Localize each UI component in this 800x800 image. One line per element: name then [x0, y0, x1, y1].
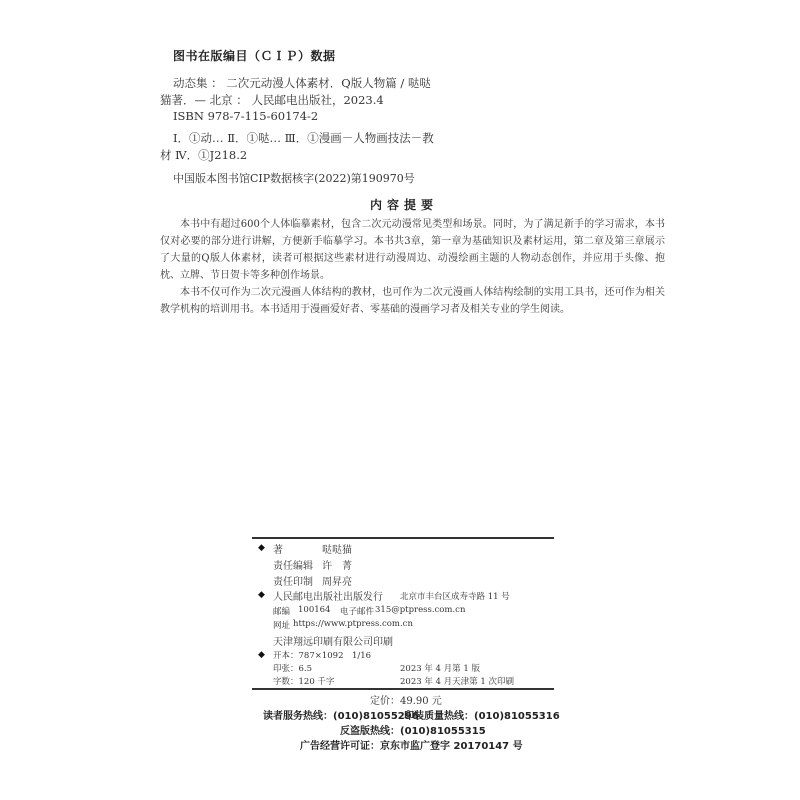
publisher: 人民邮电出版社出版发行: [273, 588, 383, 603]
postcode: 100164: [298, 605, 330, 615]
quality-hotline: 印装质量热线：(010)81055316: [404, 707, 560, 722]
book-format: 开本：787×1092 1/16: [273, 649, 371, 661]
cip-line-1: 动态集 ： 二次元动漫人体素材．Q版人物篇 / 哒哒: [173, 75, 431, 91]
summary-paragraph-1: 本书中有超过600个人体临摹素材，包含二次元动漫常见类型和场景。同时，为了满足新…: [160, 216, 665, 284]
edition: 2023 年 4 月第 1 版: [400, 662, 480, 674]
summary-title: 内容提要: [370, 196, 438, 213]
ad-license: 广告经营许可证：京东市监广登字 20170147 号: [300, 737, 523, 752]
bullet-icon: ◆: [258, 650, 265, 660]
email: 315@ptpress.com.cn: [375, 605, 465, 615]
cip-title: 图书在版编目（ＣＩＰ）数据: [173, 47, 336, 64]
print-supervisor-label: 责任印制: [273, 573, 313, 588]
website-label: 网址: [273, 619, 290, 631]
cip-classification-1: Ⅰ．①动… Ⅱ．①哒… Ⅲ．①漫画－人物画技法－教: [173, 130, 434, 146]
bottom-rule: [252, 688, 554, 690]
printed-sheets: 印张：6.5: [273, 662, 312, 674]
cip-isbn: ISBN 978-7-115-60174-2: [173, 109, 318, 123]
cip-line-2: 猫著．— 北京 ： 人民邮电出版社，2023.4: [160, 92, 384, 108]
email-label: 电子邮件: [340, 605, 374, 617]
summary-body: 本书中有超过600个人体临摹素材，包含二次元动漫常见类型和场景。同时，为了满足新…: [160, 216, 665, 318]
summary-paragraph-2: 本书不仅可作为二次元漫画人体结构的教材，也可作为二次元漫画人体结构绘制的实用工具…: [160, 284, 665, 318]
bullet-icon: ◆: [258, 590, 265, 600]
printer: 天津翔远印刷有限公司印刷: [273, 633, 393, 648]
editor-label: 责任编辑: [273, 557, 313, 572]
postcode-label: 邮编: [273, 605, 290, 617]
publisher-address: 北京市丰台区成寿寺路 11 号: [400, 590, 510, 602]
anti-piracy-hotline: 反盗版热线：(010)81055315: [340, 722, 486, 737]
reader-service-hotline: 读者服务热线：(010)81055296: [263, 707, 419, 722]
word-count: 字数：120 千字: [273, 675, 334, 687]
price: 定价：49.90 元: [370, 692, 442, 707]
author-name: 哒哒猫: [322, 541, 352, 556]
print-supervisor-name: 周昇亮: [322, 573, 352, 588]
author-label: 著: [273, 541, 283, 556]
website: https://www.ptpress.com.cn: [293, 619, 413, 629]
cip-classification-2: 材 Ⅳ．①J218.2: [160, 147, 247, 163]
bullet-icon: ◆: [258, 543, 265, 553]
top-rule: [252, 537, 554, 539]
editor-name: 许 菁: [322, 557, 352, 572]
printing: 2023 年 4 月天津第 1 次印刷: [400, 675, 514, 687]
cip-core-number: 中国版本图书馆CIP数据核字(2022)第190970号: [173, 170, 415, 186]
